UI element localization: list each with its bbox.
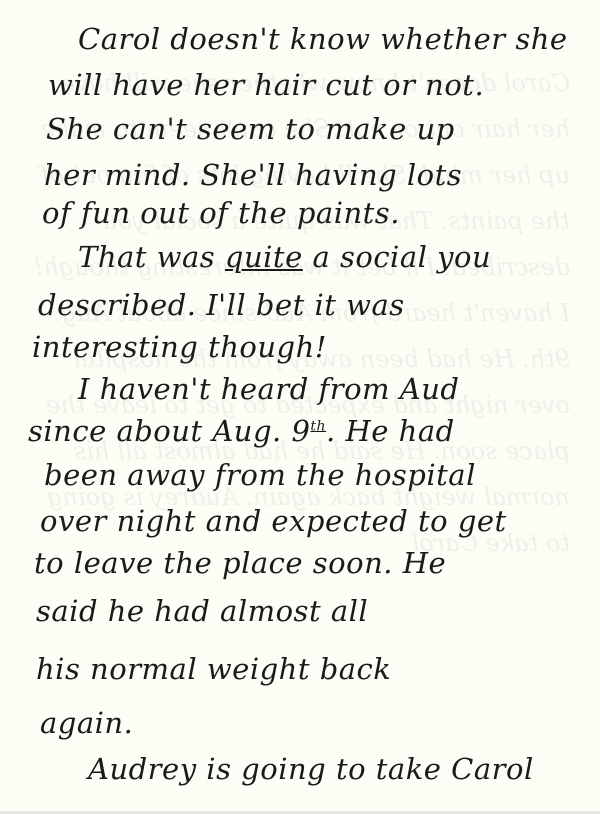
letter-line: interesting though! <box>32 330 327 364</box>
letter-line: That was quite a social you <box>78 240 491 274</box>
line-text: since about Aug. 9 <box>28 414 310 448</box>
letter-line: of fun out of the paints. <box>42 196 400 230</box>
letter-line: I haven't heard from Aud <box>78 372 459 406</box>
letter-line: will have her hair cut or not. <box>48 68 484 102</box>
letter-line: again. <box>40 706 133 740</box>
letter-line: described. I'll bet it was <box>38 288 405 322</box>
letter-line: her mind. She'll having lots <box>44 158 462 192</box>
line-text: That was <box>78 240 225 274</box>
underlined-word: quite <box>225 240 303 274</box>
letter-line: She can't seem to make up <box>46 112 455 146</box>
letter-line: been away from the hospital <box>44 458 476 492</box>
letter-line: Audrey is going to take Carol <box>88 752 534 786</box>
letter-line: since about Aug. 9th. He had <box>28 414 455 448</box>
superscript: th <box>310 418 326 434</box>
line-text: . He had <box>326 414 455 448</box>
letter-line: over night and expected to get <box>40 504 507 538</box>
letter-line: Carol doesn't know whether she <box>78 22 568 56</box>
letter-page: Carol doesn't know whether she will have… <box>0 0 600 814</box>
letter-line: to leave the place soon. He <box>34 546 446 580</box>
letter-line: said he had almost all <box>36 594 368 628</box>
letter-line: his normal weight back <box>36 652 391 686</box>
line-text: a social you <box>303 240 491 274</box>
